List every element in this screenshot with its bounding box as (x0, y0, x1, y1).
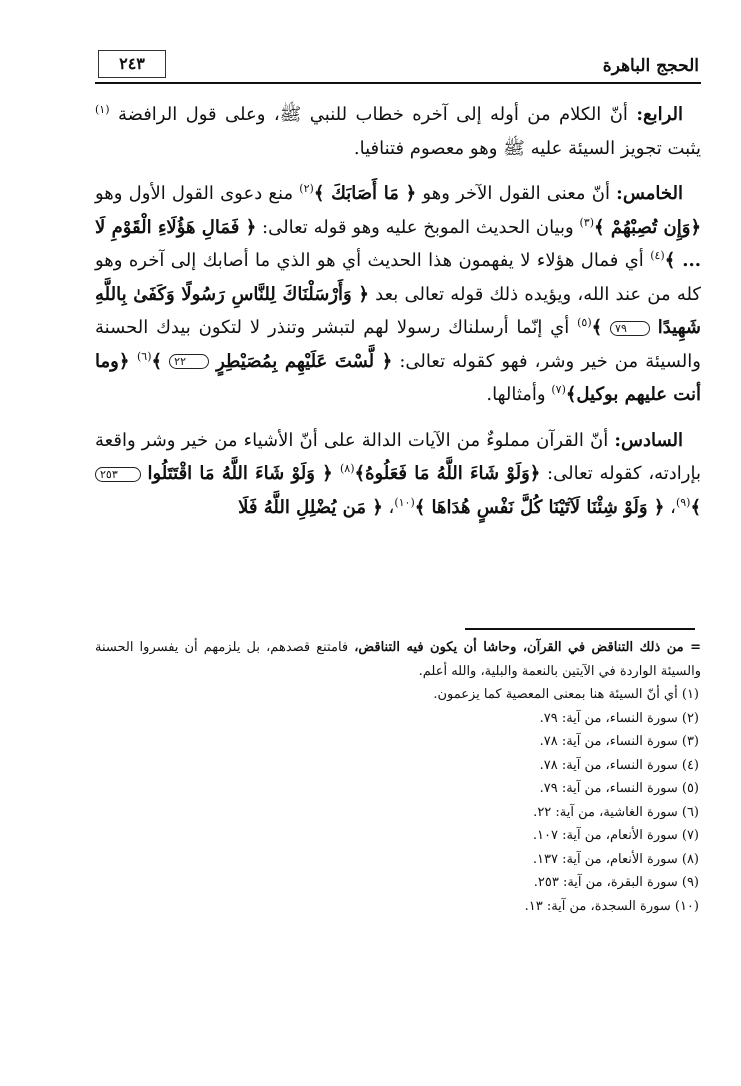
footnote-item: (٢) سورة النساء، من آية: ٧٩. (95, 707, 701, 731)
page-header: الحجج الباهرة ٢٤٣ (95, 40, 701, 80)
paragraph-text: أنّ معنى القول الآخر وهو (416, 183, 616, 204)
footnote-ref[interactable]: (١) (95, 103, 110, 116)
footnote-continuation: = من ذلك التناقض في القرآن، وحاشا أن يكو… (95, 636, 701, 683)
footnote-ref[interactable]: (٣) (579, 216, 594, 229)
footnote-item: (٦) سورة الغاشية، من آية: ٢٢. (95, 801, 701, 825)
footnote-ref[interactable]: (١٠) (394, 496, 414, 509)
book-page: الحجج الباهرة ٢٤٣ الرابع: أنّ الكلام من … (95, 40, 701, 80)
footnote-item: (٣) سورة النساء، من آية: ٧٨. (95, 730, 701, 754)
footnote-item: (٧) سورة الأنعام، من آية: ١٠٧. (95, 824, 701, 848)
paragraph-sixth: السادس: أنّ القرآن مملوءٌ من الآيات الدا… (95, 424, 701, 525)
ayah-number-marker: ٢٢ (169, 354, 209, 369)
footnote-ref[interactable]: (٦) (137, 350, 152, 363)
quran-bracket: ﴾ (152, 351, 163, 372)
paragraph-lead: السادس: (614, 430, 683, 451)
quran-quote: ﴿ وَلَوْ شَاءَ اللَّهُ مَا اقْتَتَلُوا (147, 463, 340, 484)
page-number: ٢٤٣ (98, 50, 166, 78)
quran-quote: ﴿وَإِن تُصِبْهُمْ ﴾ (594, 217, 701, 238)
footnote-item: (٥) سورة النساء، من آية: ٧٩. (95, 777, 701, 801)
paragraph-text: ، (383, 497, 395, 518)
quran-bracket: ﴾ (690, 497, 701, 518)
paragraph-fourth: الرابع: أنّ الكلام من أوله إلى آخره خطاب… (95, 98, 701, 165)
footnote-ref[interactable]: (٤) (650, 249, 665, 262)
paragraph-text: ، (664, 497, 676, 518)
paragraph-text: أنّ الكلام من أوله إلى آخره خطاب للنبي ﷺ… (118, 104, 636, 125)
footnote-ref[interactable]: (٨) (340, 462, 355, 475)
footnote-item: (٨) سورة الأنعام، من آية: ١٣٧. (95, 848, 701, 872)
main-text: الرابع: أنّ الكلام من أوله إلى آخره خطاب… (95, 98, 701, 536)
quran-quote: ﴿ لَّسْتَ عَلَيْهِم بِمُصَيْطِرٍ (216, 351, 392, 372)
footnote-item: (١٠) سورة السجدة، من آية: ١٣. (95, 895, 701, 919)
paragraph-lead: الخامس: (616, 183, 683, 204)
paragraph-fifth: الخامس: أنّ معنى القول الآخر وهو ﴿ مَا أ… (95, 177, 701, 412)
footnotes: = من ذلك التناقض في القرآن، وحاشا أن يكو… (95, 636, 701, 918)
footnote-text: = من ذلك التناقض في القرآن، وحاشا أن يكو… (354, 640, 701, 655)
paragraph-text: منع دعوى القول الأول وهو (95, 183, 299, 204)
paragraph-lead: الرابع: (636, 104, 683, 125)
ayah-number-marker: ٧٩ (610, 321, 650, 336)
footnote-ref[interactable]: (٥) (577, 316, 592, 329)
footnote-item: (٤) سورة النساء، من آية: ٧٨. (95, 754, 701, 778)
quran-quote: ﴿ وَلَوْ شِئْنَا لَآتَيْنَا كُلَّ نَفْسٍ… (415, 497, 665, 518)
quran-quote: ﴿ مَا أَصَابَكَ ﴾ (314, 183, 416, 204)
paragraph-text: وأمثالها. (486, 384, 551, 405)
footnote-ref[interactable]: (٩) (676, 496, 691, 509)
header-divider (95, 82, 701, 84)
quran-quote: ﴿ مَن يُضْلِلِ اللَّهُ فَلَا (238, 497, 383, 518)
footnote-divider (465, 628, 695, 630)
quran-bracket: ﴾ (592, 317, 603, 338)
running-title: الحجج الباهرة (603, 56, 699, 76)
paragraph-text: يثبت تجويز السيئة عليه ﷺ وهو معصوم فتناف… (354, 138, 701, 159)
ayah-number-marker: ٢٥٣ (95, 467, 141, 482)
footnote-ref[interactable]: (٧) (551, 383, 566, 396)
quran-quote: ﴿وَلَوْ شَاءَ اللَّهُ مَا فَعَلُوهُ﴾ (355, 463, 541, 484)
footnote-ref[interactable]: (٢) (299, 182, 314, 195)
paragraph-text: وبيان الحديث الموبخ عليه وهو قوله تعالى: (256, 217, 579, 238)
footnote-item: (٩) سورة البقرة، من آية: ٢٥٣. (95, 871, 701, 895)
footnote-item: (١) أي أنّ السيئة هنا بمعنى المعصية كما … (95, 683, 701, 707)
